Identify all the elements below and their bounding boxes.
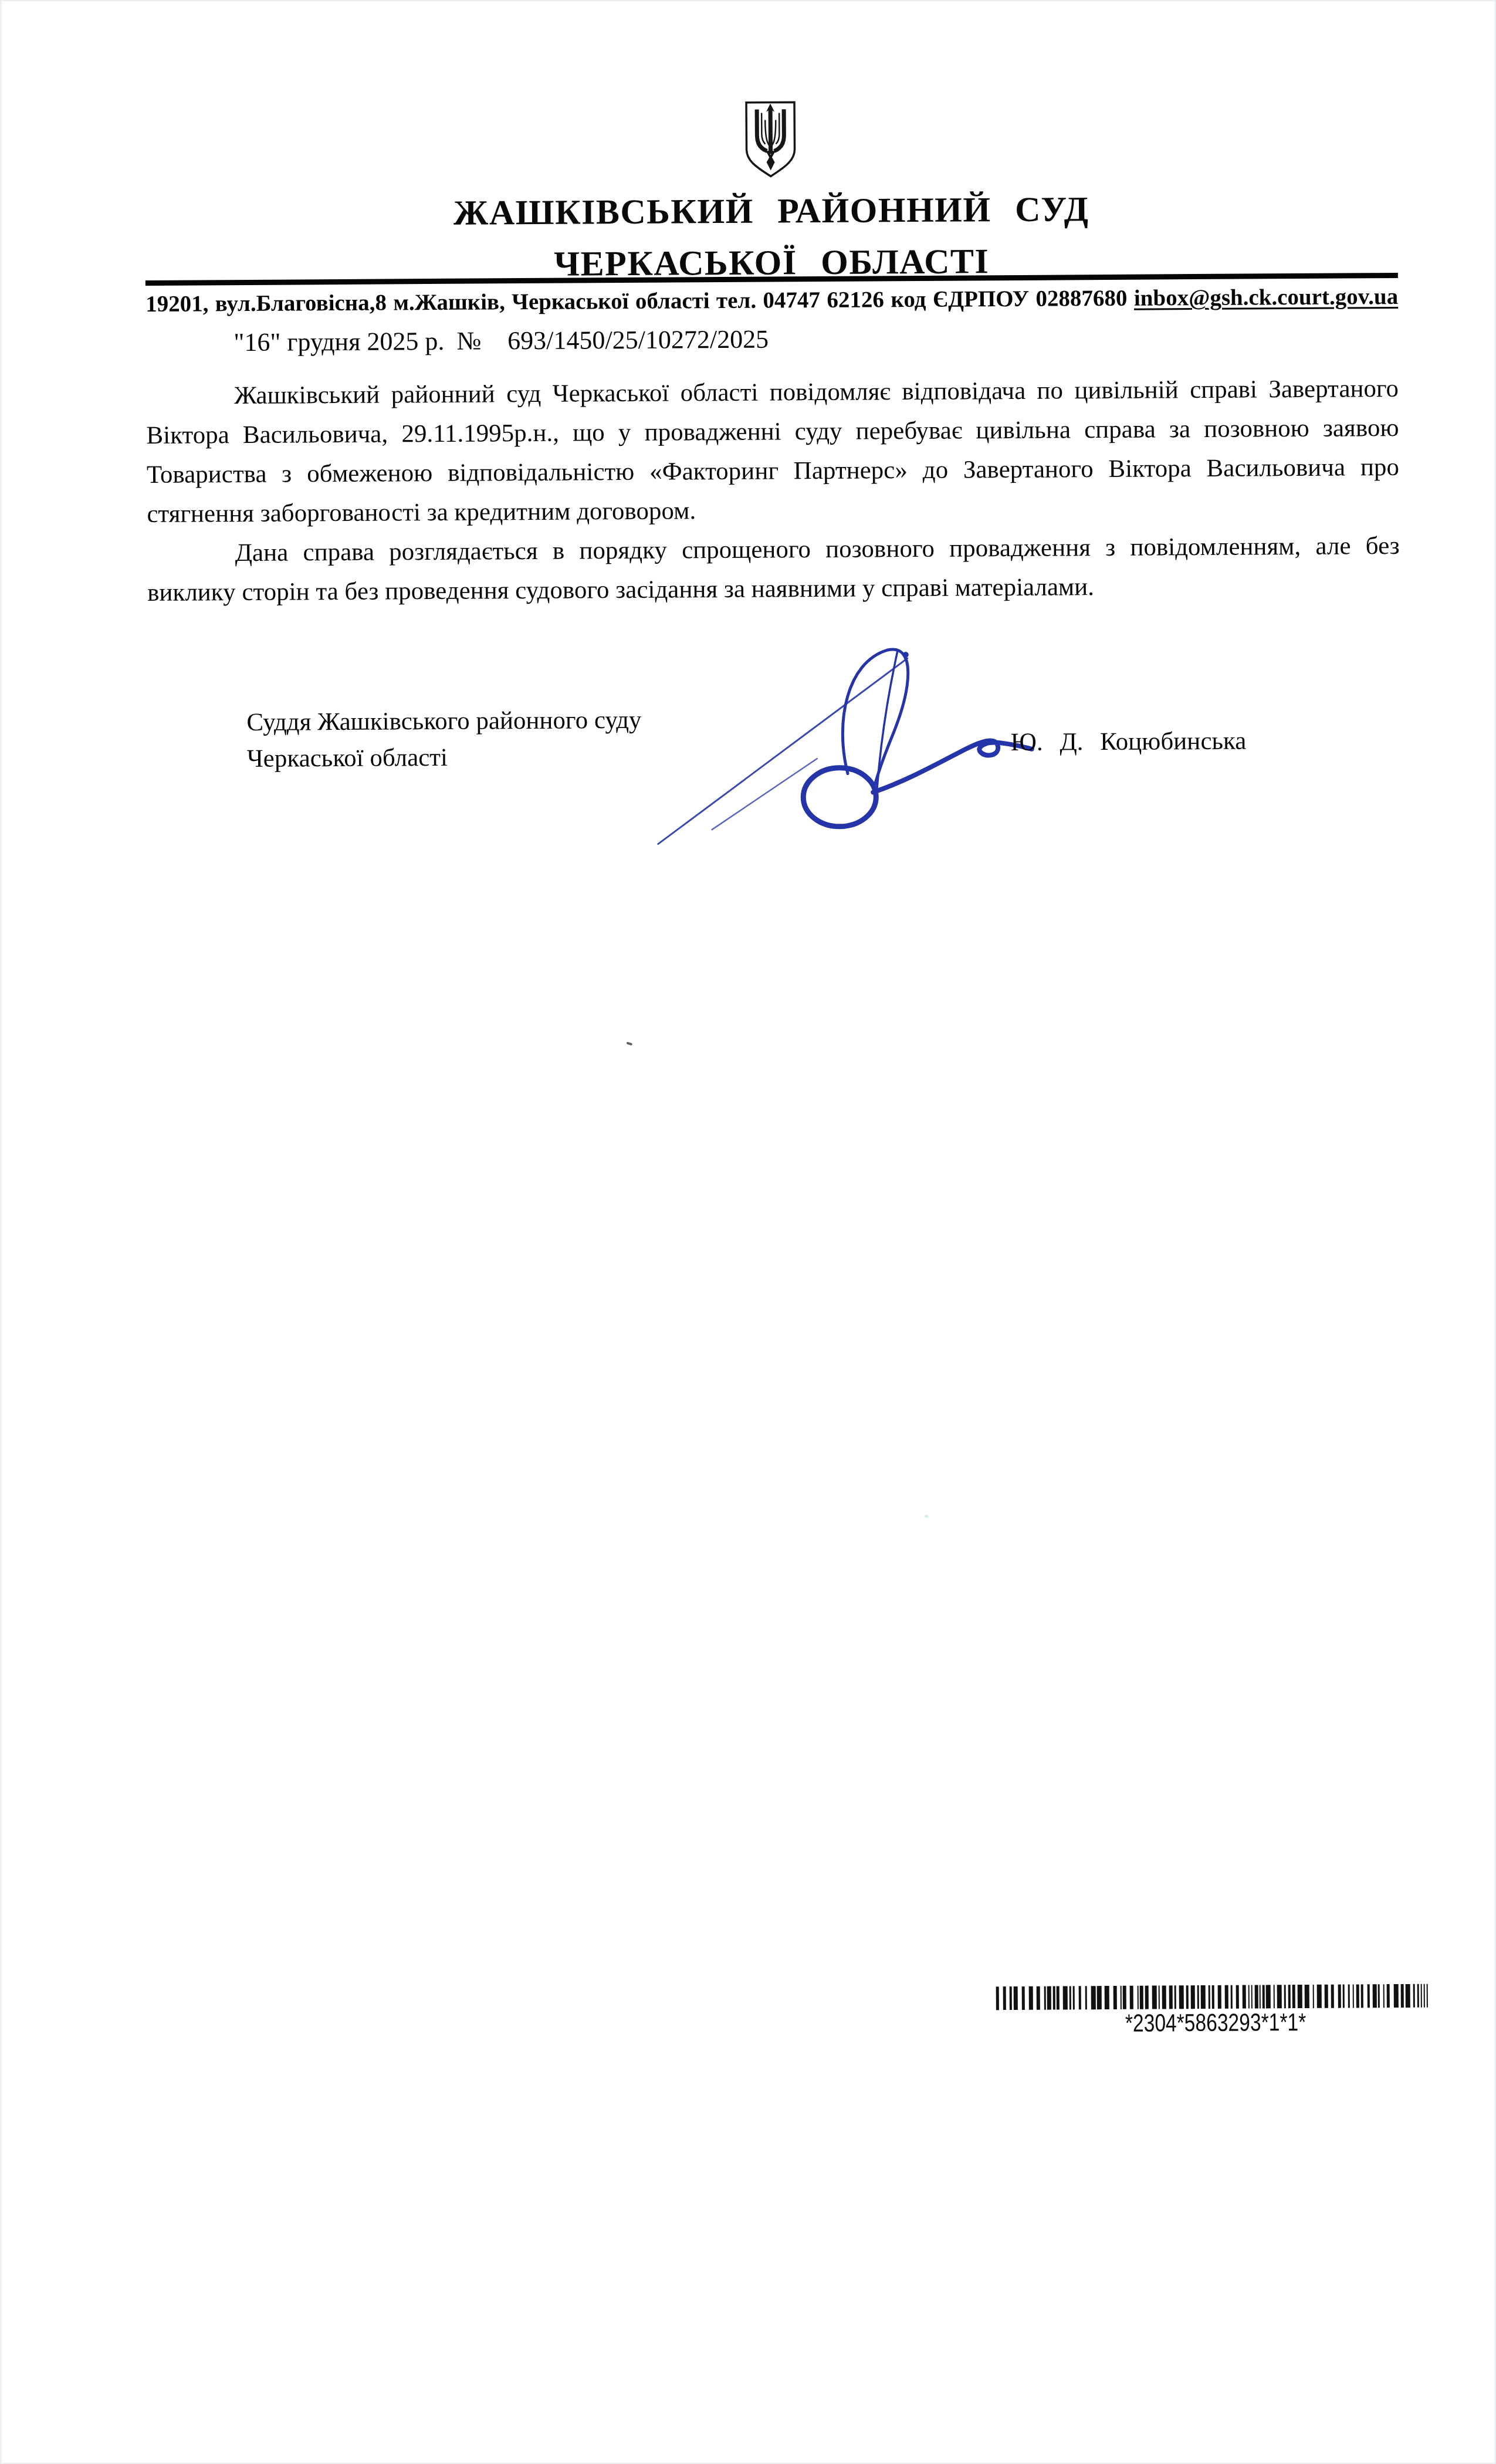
judge-role-line2: Черкаської області: [247, 739, 642, 777]
document-sheet: ЖАШКІВСЬКИЙ РАЙОННИЙ СУД ЧЕРКАСЬКОЇ ОБЛА…: [144, 0, 1411, 2441]
judge-role: Суддя Жашківського районного суду Черкас…: [246, 702, 642, 777]
court-name-line1: ЖАШКІВСЬКИЙ РАЙОННИЙ СУД: [145, 181, 1397, 241]
date-line: "16" грудня 2025 р. № 693/1450/25/10272/…: [233, 323, 769, 360]
court-address: 19201, вул.Благовісна,8 м.Жашків, Черкас…: [145, 286, 1128, 317]
judge-name: Ю. Д. Коцюбинська: [1011, 727, 1247, 757]
doc-paragraph: Дана справа розглядається в порядку спро…: [147, 526, 1400, 612]
signature-ink: [641, 633, 1041, 858]
number-sign: №: [456, 326, 481, 355]
scanned-court-document: ЖАШКІВСЬКИЙ РАЙОННИЙ СУД ЧЕРКАСЬКОЇ ОБЛА…: [0, 0, 1496, 2464]
scan-speck: [626, 1042, 632, 1046]
doc-date: "16" грудня 2025 р.: [233, 327, 444, 357]
case-number: 693/1450/25/10272/2025: [507, 325, 769, 356]
scan-speck: [925, 1515, 929, 1518]
court-email: inbox@gsh.ck.court.gov.ua: [1134, 284, 1398, 311]
barcode-caption: *2304*5863293*1*1*: [1040, 2008, 1392, 2037]
barcode-bars: [996, 1984, 1435, 2011]
document-body: Жашківський районний суд Черкаської обла…: [146, 369, 1400, 612]
doc-paragraph: Жашківський районний суд Черкаської обла…: [146, 369, 1400, 534]
ukraine-trident-icon: [743, 100, 798, 180]
judge-role-line1: Суддя Жашківського районного суду: [246, 702, 641, 741]
